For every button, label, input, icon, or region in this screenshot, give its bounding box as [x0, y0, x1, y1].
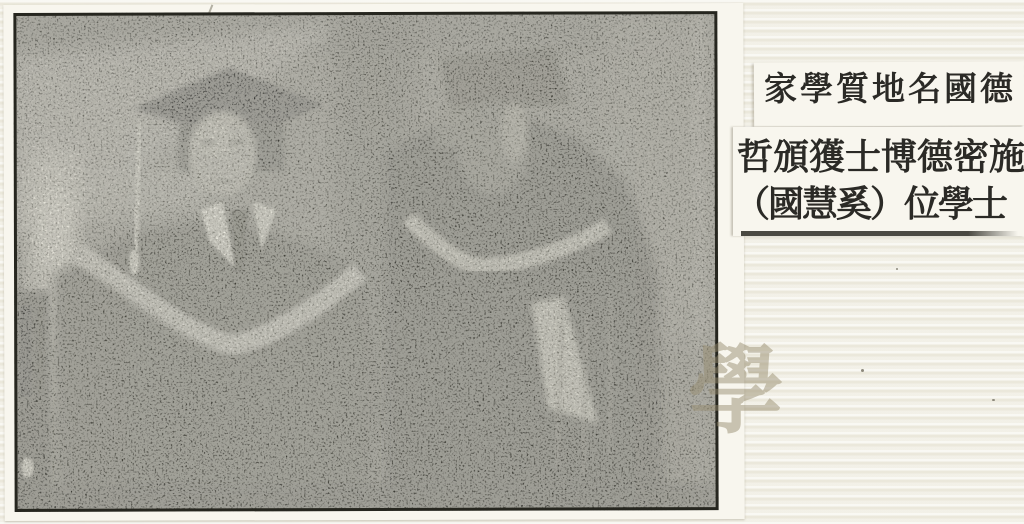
paper-speck: [861, 369, 864, 372]
caption-line-1: 家學質地名國德: [764, 74, 1016, 107]
caption-line-2: 哲頒獲士博德密施: [737, 139, 1024, 175]
news-photo: [13, 11, 718, 512]
news-photo-paper: [3, 3, 744, 521]
paper-speck: [992, 399, 995, 401]
grain-light: [13, 11, 718, 512]
scanned-clipping-page: 學 家學質地名國德 哲頒獲士博德密施 （國慧奚）位學士: [0, 0, 1024, 524]
caption-strip-cut-edge: [741, 231, 1018, 236]
paper-speck: [896, 268, 898, 270]
caption-line-3: （國慧奚）位學士: [734, 186, 1006, 222]
